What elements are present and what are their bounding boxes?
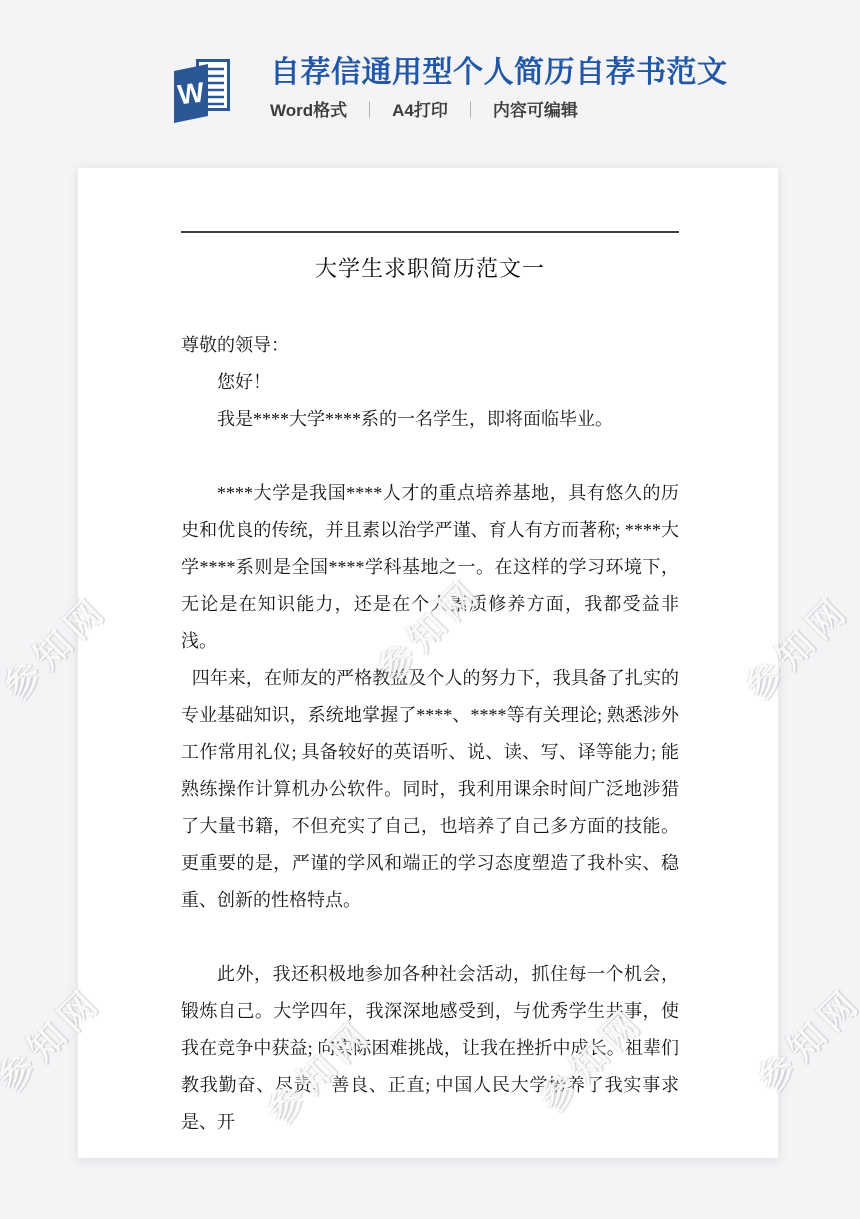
paragraph-greeting: 您好！ bbox=[181, 364, 679, 401]
header-text: 自荐信通用型个人简历自荐书范文 Word格式｜A4打印｜内容可编辑 bbox=[270, 55, 728, 121]
paragraph-salutation: 尊敬的领导： bbox=[181, 327, 679, 364]
site-header: W 自荐信通用型个人简历自荐书范文 Word格式｜A4打印｜内容可编辑 bbox=[170, 55, 728, 125]
document-body: 尊敬的领导： 您好！ 我是****大学****系的一名学生，即将面临毕业。 **… bbox=[181, 327, 679, 1141]
meta-editable-label: 内容可编辑 bbox=[493, 101, 578, 120]
meta-separator: ｜ bbox=[361, 101, 378, 120]
page-title: 自荐信通用型个人简历自荐书范文 bbox=[270, 55, 728, 91]
meta-print-label: A4打印 bbox=[392, 101, 448, 120]
document-page: 大学生求职简历范文一 尊敬的领导： 您好！ 我是****大学****系的一名学生… bbox=[78, 168, 778, 1158]
svg-text:W: W bbox=[176, 76, 207, 110]
paragraph-intro: 我是****大学****系的一名学生，即将面临毕业。 bbox=[181, 401, 679, 438]
document-meta: Word格式｜A4打印｜内容可编辑 bbox=[270, 100, 728, 121]
paragraph-university: ****大学是我国****人才的重点培养基地，具有悠久的历史和优良的传统，并且素… bbox=[181, 475, 679, 660]
word-logo-icon: W bbox=[170, 55, 232, 125]
paragraph-skills: 四年来，在师友的严格教益及个人的努力下，我具备了扎实的专业基础知识，系统地掌握了… bbox=[181, 660, 679, 919]
meta-separator: ｜ bbox=[462, 101, 479, 120]
document-divider bbox=[181, 231, 679, 233]
paragraph-activities: 此外，我还积极地参加各种社会活动，抓住每一个机会，锻炼自己。大学四年，我深深地感… bbox=[181, 956, 679, 1141]
meta-format-label: Word格式 bbox=[270, 101, 347, 120]
document-title: 大学生求职简历范文一 bbox=[181, 254, 679, 284]
